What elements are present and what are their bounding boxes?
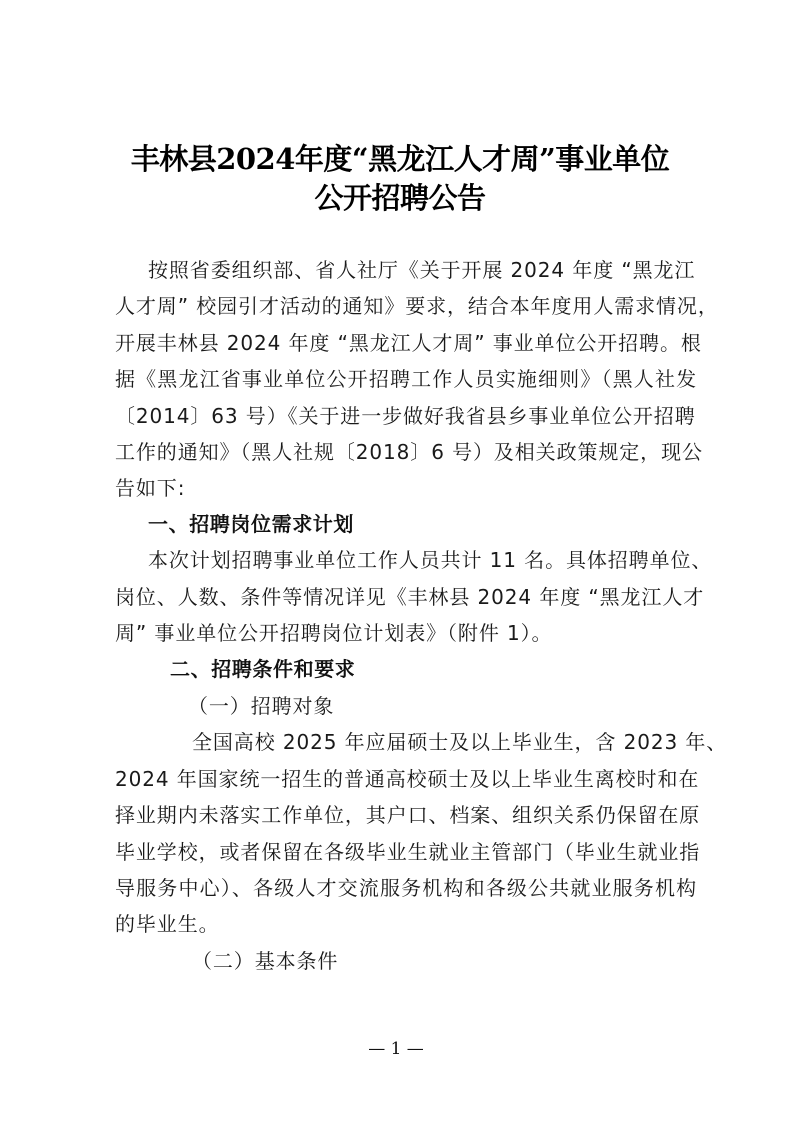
subsection-1-line-3: 择业期内未落实工作单位，其户口、档案、组织关系仍保留在原 bbox=[115, 801, 697, 829]
page-number: — 1 — bbox=[346, 1039, 446, 1059]
intro-line-3: 开展丰林县 2024 年度 “黑龙江人才周” 事业单位公开招聘。根 bbox=[115, 329, 697, 357]
document-page: 丰林县2024年度“黑龙江人才周”事业单位 公开招聘公告 按照省委组织部、省人社… bbox=[0, 0, 793, 1122]
document-title-line-1: 丰林县2024年度“黑龙江人才周”事业单位 bbox=[100, 139, 700, 179]
intro-line-7: 告如下: bbox=[115, 474, 697, 502]
section-1-heading: 一、招聘岗位需求计划 bbox=[148, 510, 730, 538]
subsection-1-line-5: 导服务中心）、各级人才交流服务机构和各级公共就业服务机构 bbox=[115, 874, 697, 902]
intro-line-5: 〔2014〕63 号）《关于进一步做好我省县乡事业单位公开招聘 bbox=[115, 402, 697, 430]
section-1-line-2: 岗位、人数、条件等情况详见《丰林县 2024 年度 “黑龙江人才 bbox=[115, 583, 697, 611]
section-1-line-3: 周” 事业单位公开招聘岗位计划表》（附件 1）。 bbox=[115, 619, 697, 647]
intro-line-2: 人才周” 校园引才活动的通知》要求，结合本年度用人需求情况， bbox=[115, 292, 697, 320]
intro-line-1: 按照省委组织部、省人社厅《关于开展 2024 年度 “黑龙江 bbox=[148, 256, 697, 284]
subsection-1-line-4: 毕业学校，或者保留在各级毕业生就业主管部门（毕业生就业指 bbox=[115, 838, 697, 866]
intro-line-4: 据《黑龙江省事业单位公开招聘工作人员实施细则》（黑人社发 bbox=[115, 365, 697, 393]
subsection-1-line-1: 全国高校 2025 年应届硕士及以上毕业生，含 2023 年、 bbox=[192, 728, 697, 756]
document-title-line-2: 公开招聘公告 bbox=[100, 178, 700, 218]
subsection-1-line-2: 2024 年国家统一招生的普通高校硕士及以上毕业生离校时和在 bbox=[115, 765, 697, 793]
subsection-2-heading: （二）基本条件 bbox=[192, 947, 774, 975]
section-2-heading: 二、招聘条件和要求 bbox=[170, 655, 752, 683]
section-1-line-1: 本次计划招聘事业单位工作人员共计 11 名。具体招聘单位、 bbox=[148, 546, 697, 574]
subsection-1-heading: （一）招聘对象 bbox=[188, 692, 770, 720]
subsection-1-line-6: 的毕业生。 bbox=[115, 910, 697, 938]
intro-line-6: 工作的通知》（黑人社规〔2018〕6 号）及相关政策规定，现公 bbox=[115, 438, 697, 466]
